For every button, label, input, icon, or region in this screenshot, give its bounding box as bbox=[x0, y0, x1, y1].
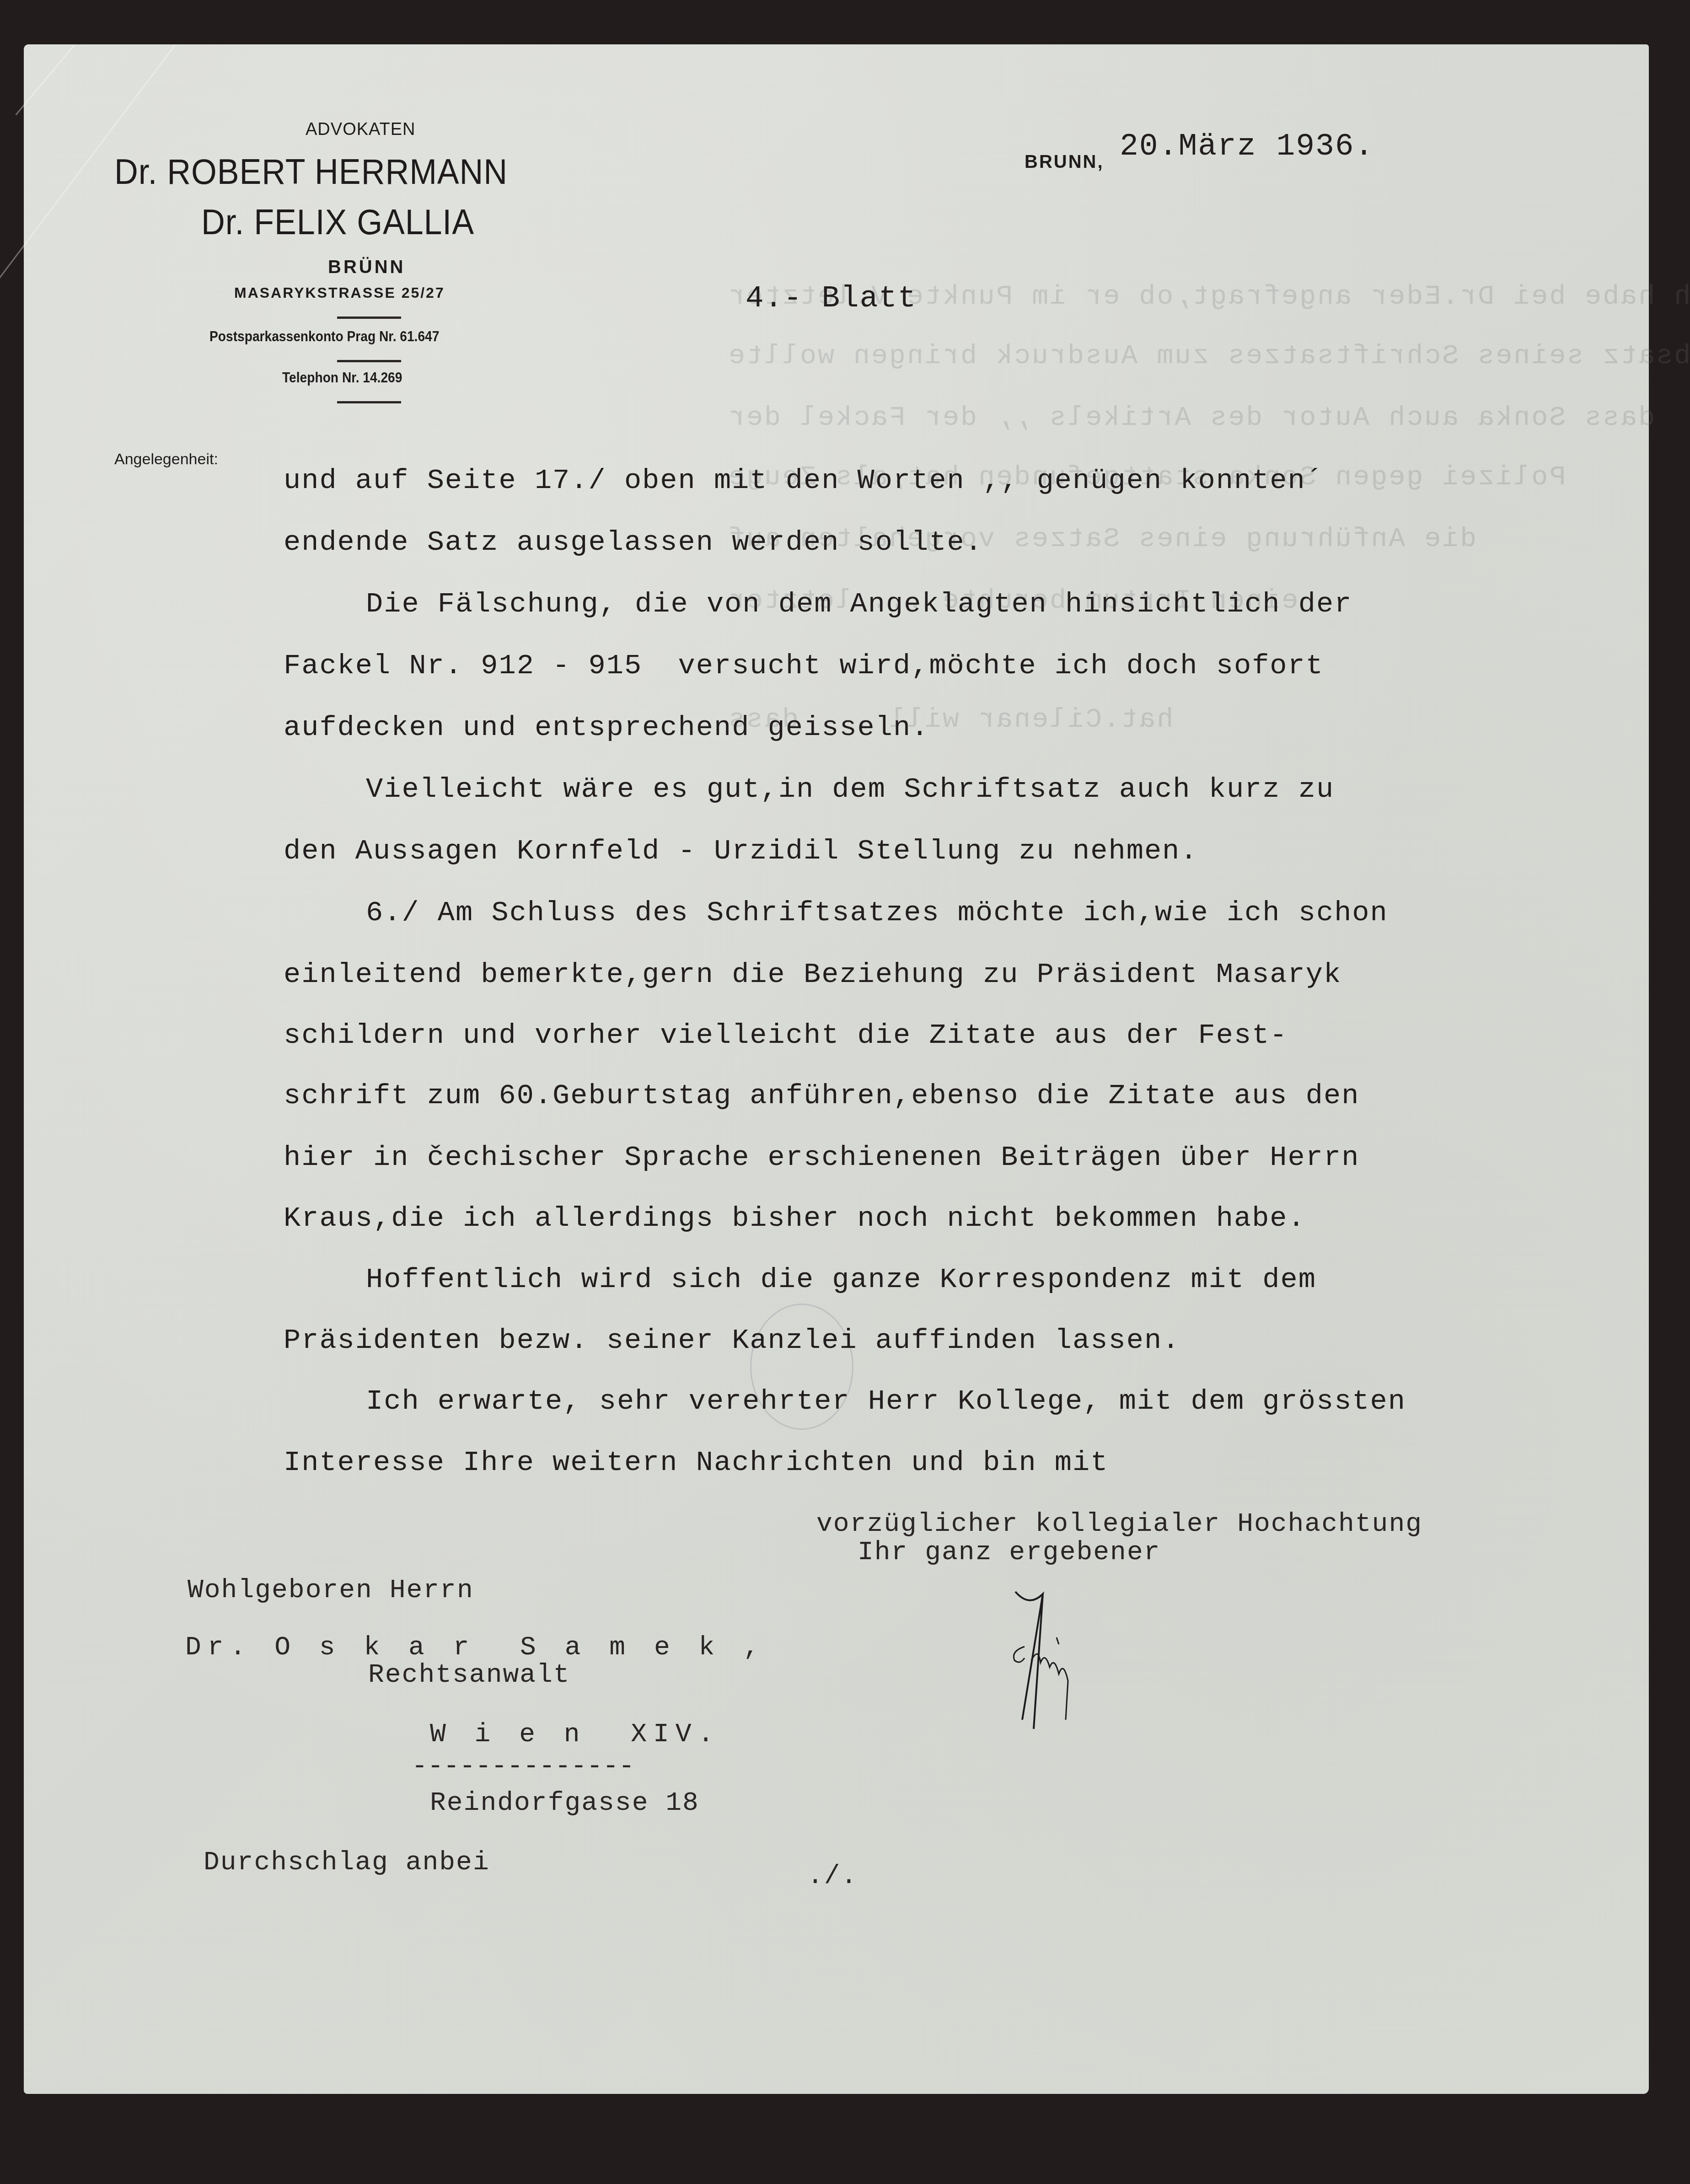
page-marker: 4.- Blatt bbox=[746, 281, 917, 316]
recipient-profession: Rechtsanwalt bbox=[368, 1660, 570, 1690]
letterhead-postal-account: Postsparkassenkonto Prag Nr. 61.647 bbox=[209, 328, 439, 345]
body-line: Hoffentlich wird sich die ganze Korrespo… bbox=[366, 1263, 1316, 1296]
body-line: Die Fälschung, die von dem Angeklagten h… bbox=[366, 588, 1352, 620]
body-line: schrift zum 60.Geburtstag anführen,ebens… bbox=[284, 1079, 1359, 1112]
body-line: Kraus,die ich allerdings bisher noch nic… bbox=[284, 1202, 1306, 1234]
body-line: endende Satz ausgelassen werden sollte. bbox=[284, 526, 983, 558]
letterhead-title: ADVOKATEN bbox=[306, 120, 416, 140]
recipient-name: Dr. O s k a r S a m e k , bbox=[185, 1633, 766, 1663]
body-line: 6./ Am Schluss des Schriftsatzes möchte … bbox=[366, 896, 1388, 929]
dateline-place: BRUNN, bbox=[1025, 152, 1104, 172]
dateline-date: 20.März 1936. bbox=[1120, 129, 1374, 164]
body-line: den Aussagen Kornfeld - Urzidil Stellung… bbox=[284, 835, 1198, 867]
paper-crease bbox=[15, 44, 75, 115]
body-line: schildern und vorher vielleicht die Zita… bbox=[284, 1019, 1288, 1052]
body-line: und auf Seite 17./ oben mit den Worten ,… bbox=[284, 464, 1324, 497]
body-line: Interesse Ihre weitern Nachrichten und b… bbox=[284, 1446, 1108, 1479]
letterhead-partner-1: Dr. ROBERT HERRMANN bbox=[114, 151, 508, 193]
letterhead-partner-2: Dr. FELIX GALLIA bbox=[201, 201, 474, 243]
body-line: aufdecken und entsprechend geisseln. bbox=[284, 711, 929, 744]
body-line: Fackel Nr. 912 - 915 versucht wird,möcht… bbox=[284, 649, 1324, 682]
letterhead-rule bbox=[337, 401, 401, 403]
letterhead-rule bbox=[337, 317, 401, 319]
recipient-street: Reindorfgasse 18 bbox=[430, 1788, 699, 1818]
letterhead-city: BRÜNN bbox=[328, 257, 405, 278]
body-line: Ich erwarte, sehr verehrter Herr Kollege… bbox=[366, 1385, 1406, 1417]
body-line: Vielleicht wäre es gut,in dem Schriftsat… bbox=[366, 773, 1334, 805]
body-line: Präsidenten bezw. seiner Kanzlei auffind… bbox=[284, 1324, 1180, 1357]
body-line: einleitend bemerkte,gern die Beziehung z… bbox=[284, 958, 1341, 991]
recipient-separator: -------------- bbox=[412, 1752, 634, 1782]
letterhead-street: MASARYKSTRASSE 25/27 bbox=[234, 284, 445, 301]
body-line: hier in čechischer Sprache erschienenen … bbox=[284, 1141, 1359, 1174]
subject-label: Angelegenheit: bbox=[114, 451, 218, 468]
letter-page bbox=[24, 44, 1649, 2094]
letterhead-telephone: Telephon Nr. 14.269 bbox=[282, 369, 402, 386]
closing-line-2: Ihr ganz ergebener bbox=[858, 1538, 1161, 1567]
closing-line-1: vorzüglicher kollegialer Hochachtung bbox=[816, 1509, 1422, 1539]
continuation-mark: ./. bbox=[807, 1862, 858, 1891]
enclosure-note: Durchschlag anbei bbox=[204, 1848, 490, 1878]
recipient-city: W i e n XIV. bbox=[430, 1720, 720, 1749]
signature bbox=[1006, 1583, 1180, 1775]
letterhead-rule bbox=[337, 360, 401, 362]
recipient-salutation: Wohlgeboren Herrn bbox=[188, 1576, 474, 1605]
